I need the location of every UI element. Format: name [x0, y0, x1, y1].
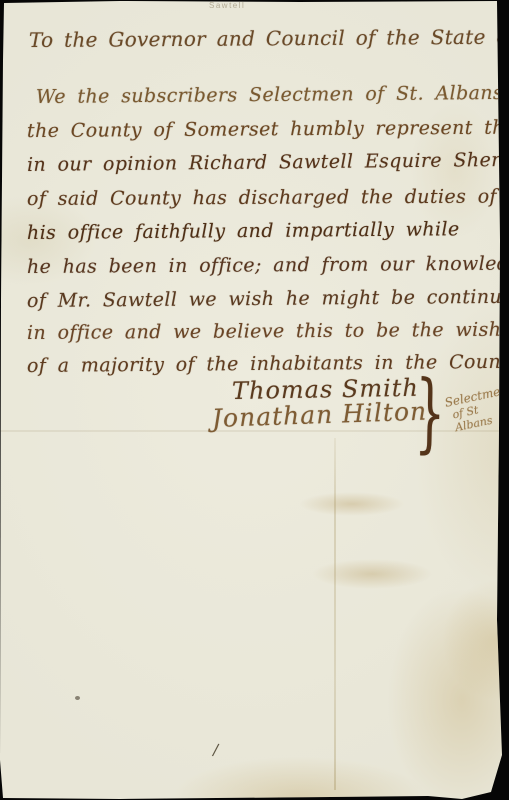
body-line-5: his office faithfully and impartially wh… — [27, 218, 460, 244]
signature-brace: } — [414, 362, 446, 464]
body-line-8: in office and we believe this to be the … — [27, 319, 502, 344]
body-line-4: of said County has discharged the duties… — [27, 186, 497, 210]
paper-sheet: Sawtell To the Governor and Council of t… — [0, 0, 509, 800]
body-line-3: in our opinion Richard Sawtell Esquire S… — [27, 149, 509, 176]
body-line-7: of Mr. Sawtell we wish he might be conti… — [27, 286, 509, 312]
ink-speck — [75, 696, 80, 700]
stray-pen-mark: / — [211, 740, 220, 760]
body-line-1: We the subscribers Selectmen of St. Alba… — [36, 82, 509, 108]
signature-jonathan-hilton: Jonathan Hilton — [211, 396, 427, 432]
salutation-line: To the Governor and Council of the State… — [29, 24, 509, 52]
body-line-6: he has been in office; and from our know… — [27, 252, 509, 278]
body-line-2: the County of Somerset humbly represent … — [27, 117, 509, 142]
vertical-fold-crease — [334, 438, 336, 790]
signature-qualifier: Selectmen of St Albans — [444, 384, 509, 435]
document-scan: Sawtell To the Governor and Council of t… — [0, 0, 509, 800]
pencil-annotation: Sawtell — [209, 1, 245, 10]
